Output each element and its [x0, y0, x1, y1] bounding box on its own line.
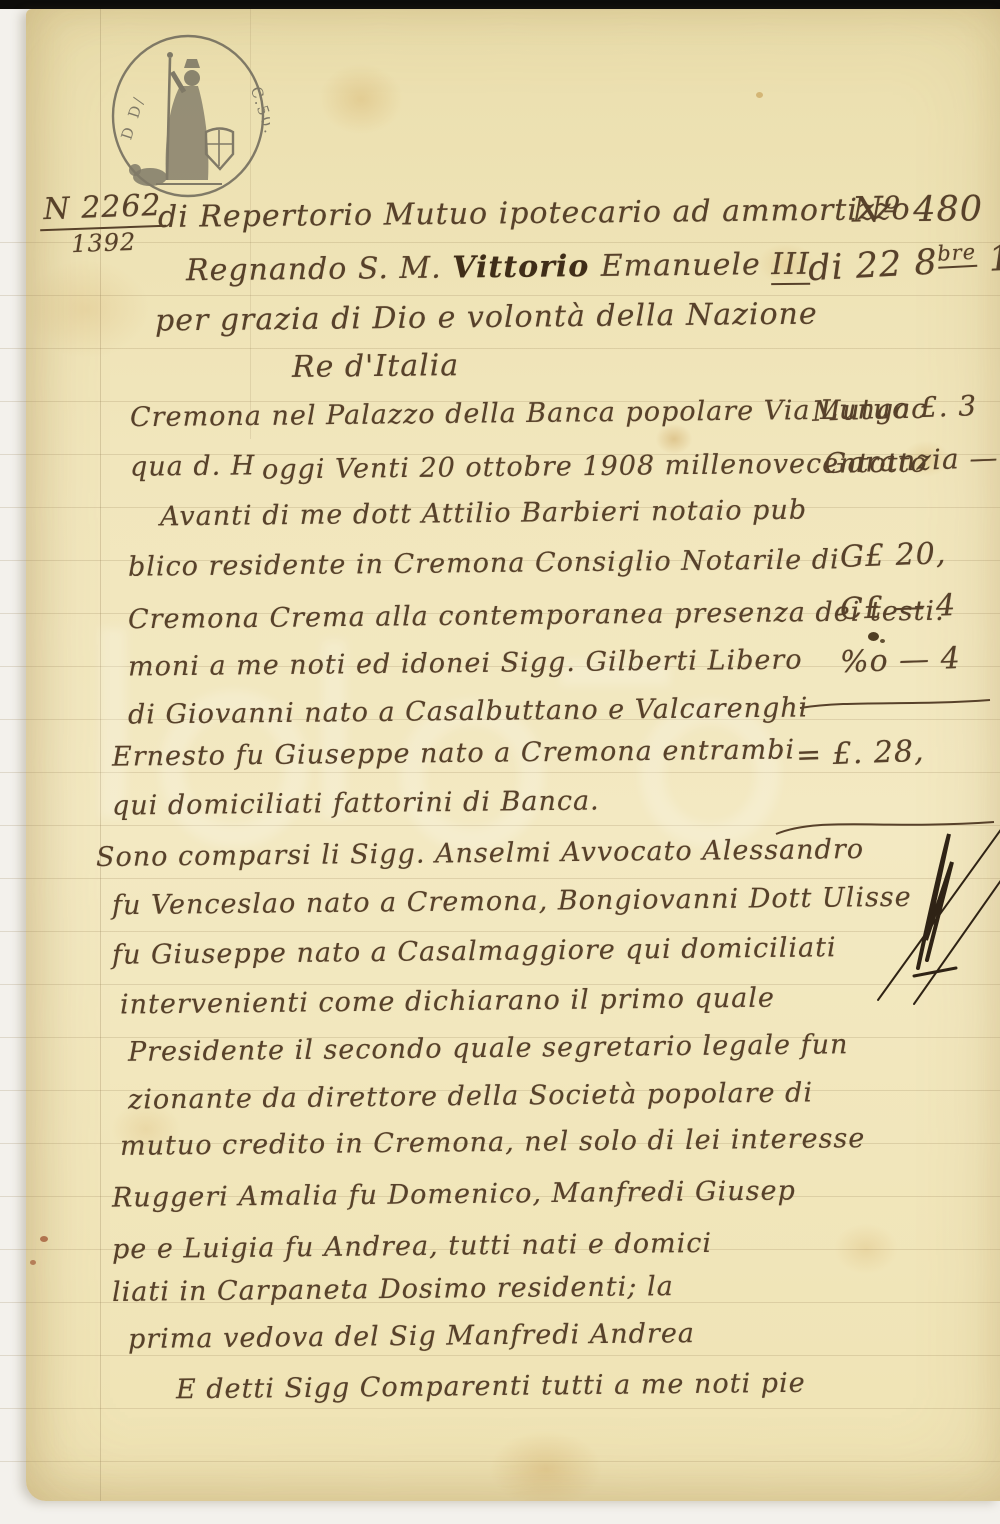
rust-speck	[30, 1260, 36, 1265]
margin-note: C£ — 4	[839, 588, 956, 627]
ink-blot	[868, 632, 879, 641]
scanned-manuscript-page: D D/ C.50. N 2262 1392 di Repertorio Mut…	[0, 0, 1000, 1524]
margin-note: %o — 4	[839, 641, 961, 680]
margin-note: Mutuo £. 3	[811, 389, 977, 428]
margin-notes: Mutuo £. 3Garanzia —G£ 20,C£ — 4%o — 4= …	[0, 0, 1000, 1524]
ink-blot	[880, 639, 885, 643]
rust-speck	[40, 1236, 48, 1242]
margin-note: = £. 28,	[795, 734, 925, 773]
margin-note: Garanzia —	[823, 441, 999, 480]
fox-spot	[756, 92, 763, 98]
margin-note: G£ 20,	[839, 536, 946, 575]
